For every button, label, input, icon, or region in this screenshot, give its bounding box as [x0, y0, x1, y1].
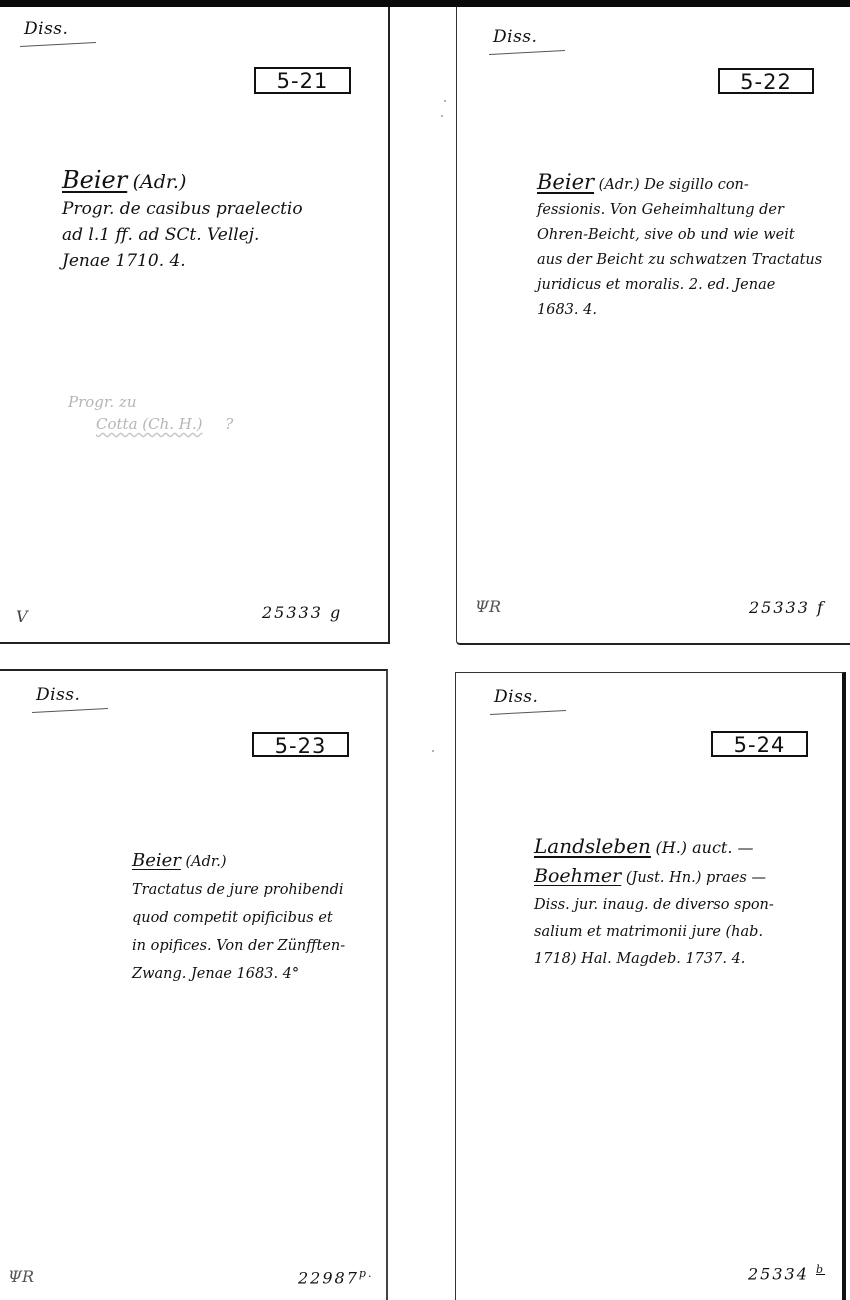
scan-speck [432, 750, 434, 752]
author-name: Beier [132, 850, 181, 871]
catalog-card-5-22: Diss. 5-22 Beier (Adr.) De sigillo con- … [456, 7, 850, 645]
scan-speck [441, 115, 443, 117]
scan-top-edge [0, 0, 850, 7]
call-number-box: 5-21 [254, 67, 351, 94]
category-label: Diss. [494, 687, 538, 707]
catalog-entry: Landsleben (H.) auct. — Boehmer (Just. H… [534, 833, 774, 973]
entry-line: ad l.1 ff. ad SCt. Vellej. [62, 222, 303, 248]
author-name: Landsleben [534, 834, 651, 858]
coauthor-name: Boehmer [534, 865, 621, 887]
accession-number-value: 25334 [748, 1264, 809, 1283]
accession-suffix: p. [359, 1267, 374, 1280]
category-label: Diss. [493, 27, 537, 47]
entry-line: 1718) Hal. Magdeb. 1737. 4. [534, 946, 774, 973]
author-name: Beier [62, 166, 127, 194]
author-initial: (Adr.) [133, 171, 187, 193]
call-number-box: 5-23 [252, 732, 349, 757]
catalog-entry: Beier (Adr.) Progr. de casibus praelecti… [62, 167, 303, 274]
accession-number: 25333 g [262, 603, 342, 622]
initials-mark: ΨR [475, 597, 501, 616]
catalog-card-5-23: Diss. 5-23 Beier (Adr.) Tractatus de jur… [0, 669, 388, 1300]
entry-line: 1683. 4. [537, 298, 822, 323]
entry-line: aus der Beicht zu schwatzen Tractatus [537, 248, 822, 273]
accession-number: 25334 b [748, 1263, 825, 1283]
category-label: Diss. [24, 19, 68, 39]
entry-line: in opifices. Von der Zünfften- [132, 932, 345, 960]
accession-suffix: b [816, 1263, 825, 1276]
catalog-entry: Beier (Adr.) Tractatus de jure prohibend… [132, 847, 345, 988]
category-label: Diss. [36, 685, 80, 705]
pencil-note-line: Progr. zu [68, 391, 233, 413]
entry-line: Ohren-Beicht, sive ob und wie weit [537, 223, 822, 248]
pencil-note: Progr. zu Cotta (Ch. H.) ? [68, 391, 233, 435]
entry-line: juridicus et moralis. 2. ed. Jenae [537, 273, 822, 298]
entry-line: Progr. de casibus praelectio [62, 196, 303, 222]
accession-number: 25333 f [749, 598, 825, 617]
call-number-box: 5-24 [711, 731, 808, 757]
entry-line: Jenae 1710. 4. [62, 248, 303, 274]
entry-line: (Adr.) De sigillo con- [599, 177, 749, 193]
entry-line: salium et matrimonii jure (hab. [534, 919, 774, 946]
catalog-card-5-24: Diss. 5-24 Landsleben (H.) auct. — Boehm… [455, 672, 846, 1300]
scan-speck [444, 100, 446, 102]
call-number-box: 5-22 [718, 68, 814, 94]
accession-number: 22987p. [298, 1267, 373, 1287]
catalog-card-5-21: Diss. 5-21 Beier (Adr.) Progr. de casibu… [0, 7, 390, 644]
entry-line: Zwang. Jenae 1683. 4° [132, 960, 345, 988]
entry-line: Tractatus de jure prohibendi [132, 876, 345, 904]
catalog-entry: Beier (Adr.) De sigillo con- fessionis. … [537, 170, 822, 323]
author-initial: (Adr.) [186, 854, 227, 870]
author-name: Beier [537, 170, 594, 194]
check-mark: V [16, 607, 28, 626]
pencil-note-line: Cotta (Ch. H.) [96, 415, 203, 433]
initials-mark: ΨR [8, 1267, 34, 1286]
coauthor-initial: (Just. Hn.) praes — [626, 870, 766, 886]
entry-line: quod competit opificibus et [132, 904, 345, 932]
author-initial: (H.) auct. — [656, 838, 754, 857]
accession-number-value: 22987 [298, 1268, 359, 1287]
pencil-query-mark: ? [225, 415, 233, 433]
entry-line: fessionis. Von Geheimhaltung der [537, 198, 822, 223]
entry-line: Diss. jur. inaug. de diverso spon- [534, 892, 774, 919]
